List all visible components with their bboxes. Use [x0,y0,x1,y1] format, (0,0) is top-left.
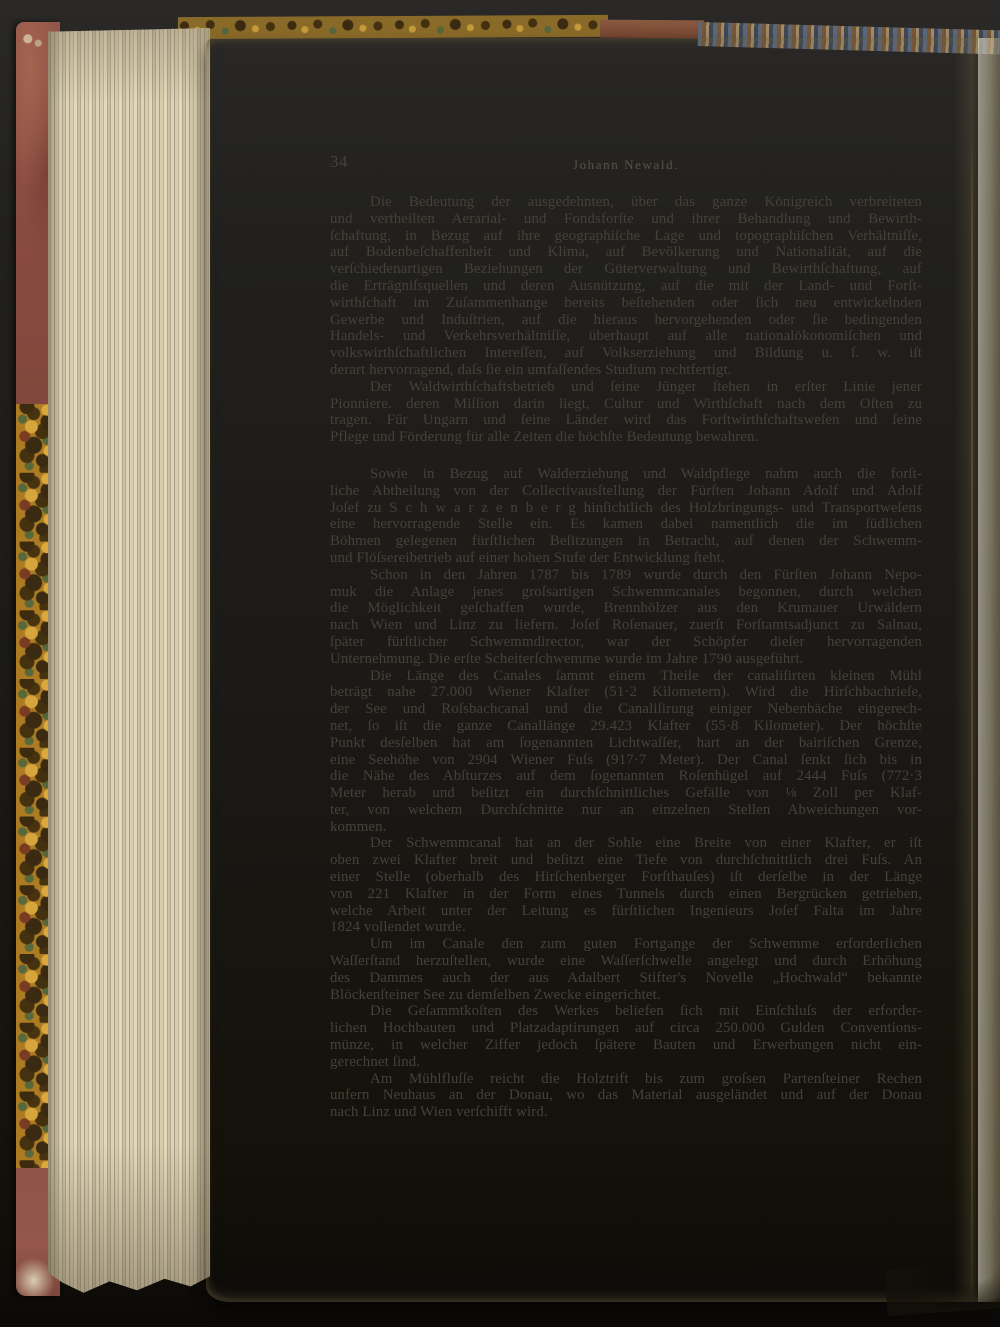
text-line: 1824 vollendet wurde. [330,919,922,936]
text-line: die Erträgniſsquellen und deren Ausnützu… [330,278,922,295]
text-line: nach Wien und Linz zu liefern. Joſef Roſ… [330,617,922,634]
paragraph: Sowie in Bezug auf Walderziehung und Wal… [330,466,922,567]
text-line: Der Waldwirthſchaftsbetrieb und ſeine Jü… [330,379,922,396]
paragraph: Die Bedeutung der ausgedehnten, über das… [330,194,922,379]
text-line: net, ſo iſt die ganze Canallänge 29.423 … [330,718,922,735]
text-line: Die Geſammtkoſten des Werkes beliefen ſi… [330,1003,922,1020]
text-line: der See und Roſsbachcanal und die Canali… [330,701,922,718]
paragraph: Die Länge des Canales ſammt einem Theile… [330,668,922,836]
text-block: Die Bedeutung der ausgedehnten, über das… [330,194,922,1121]
text-line: verſchiedenartigen Beziehungen der Güter… [330,261,922,278]
text-line: beträgt nahe 27.000 Wiener Klafter (51·2… [330,684,922,701]
text-line: auf Bodenbeſchaffenheit und Klima, auf B… [330,244,922,261]
text-line: liche Abtheilung von der Collectivausſte… [330,483,922,500]
corner-shadow [885,1262,1000,1316]
text-line: Meter herab und beſitzt ein durchſchnitt… [330,785,922,802]
paragraph: Der Waldwirthſchaftsbetrieb und ſeine Jü… [330,379,922,446]
text-line: Pflege und Förderung für alle Zeiten die… [330,429,922,446]
text-line: von 221 Klafter in der Form eines Tunnel… [330,886,922,903]
text-line: oben zwei Klafter breit und beſitzt eine… [330,852,922,869]
paragraph: Um im Canale den zum guten Fortgange der… [330,936,922,1003]
paragraph: Schon in den Jahren 1787 bis 1789 wurde … [330,567,922,668]
paragraph: Die Geſammtkoſten des Werkes beliefen ſi… [330,1003,922,1070]
page-header: 34 Johann Newald. [330,150,922,194]
text-line: Gewerbe und Induſtrien, auf die hieraus … [330,312,922,329]
text-line: und vertheilten Aerarial- und Fondsforſt… [330,211,922,228]
text-line: Um im Canale den zum guten Fortgange der… [330,936,922,953]
text-line: wirthſchaft im Zuſammenhange bereits beſ… [330,295,922,312]
text-line: ſpäter fürſtlicher Schwemmdirector, war … [330,634,922,651]
page-edges-stack [48,28,210,1294]
book-page: 34 Johann Newald. Die Bedeutung der ausg… [206,38,1000,1302]
text-line: welche Arbeit unter der Leitung es fürſt… [330,903,922,920]
text-line: Am Mühlfluſſe reicht die Holztrift bis z… [330,1071,922,1088]
top-edge-leather [600,20,704,39]
book-scan-scene: 34 Johann Newald. Die Bedeutung der ausg… [0,0,1000,1327]
paragraph: Am Mühlfluſſe reicht die Holztrift bis z… [330,1071,922,1121]
text-line: Blöckenſteiner See zu demſelben Zwecke e… [330,987,922,1004]
text-line: die Nähe des Abſturzes auf dem ſogenannt… [330,768,922,785]
text-line: nach Linz und Wien verſchifft wird. [330,1104,922,1121]
text-line: eine Seehöhe von 2904 Wiener Fuſs (917·7… [330,752,922,769]
text-line: volkswirthſchaftlichen Intereſſen, auf V… [330,345,922,362]
text-line: einer Stelle (oberhalb des Hirſchenberge… [330,869,922,886]
text-line: Sowie in Bezug auf Walderziehung und Wal… [330,466,922,483]
text-line: lichen Hochbauten und Platzadaptirungen … [330,1020,922,1037]
text-line: Handels- und Verkehrsverhältniſſe, überh… [330,328,922,345]
paragraph: Der Schwemmcanal hat an der Sohle eine B… [330,835,922,936]
text-line: Pionniere. deren Miſſion darin liegt, Cu… [330,396,922,413]
text-line: ter, von welchem Durchſchnitte nur an ei… [330,802,922,819]
text-line: derart hervorragend, daſs ſie ein umfaſſ… [330,362,922,379]
text-line: Waſſerſtand herzuſtellen, wurde eine Waſ… [330,953,922,970]
facing-page-sliver [978,38,1000,1302]
text-line: münze, in welcher Ziffer jedoch ſpätere … [330,1037,922,1054]
gutter-fold-line [971,134,973,1294]
text-line: Die Bedeutung der ausgedehnten, über das… [330,194,922,211]
text-line: Unternehmung. Die erſte Scheiterſchwemme… [330,651,922,668]
top-edge-marbled [178,15,608,39]
text-line: tragen. Für Ungarn und ſeine Länder wird… [330,412,922,429]
text-line: Punkt desſelben hat am ſogenannten Licht… [330,735,922,752]
text-line: Joſef zu S c h w a r z e n b e r g hinſi… [330,500,922,517]
text-line: muk die Anlage jenes groſsartigen Schwem… [330,584,922,601]
text-line: die Möglichkeit geſchaffen wurde, Brennh… [330,600,922,617]
text-line: Die Länge des Canales ſammt einem Theile… [330,668,922,685]
text-line: ſchaftung, in Bezug auf ihre geographiſc… [330,228,922,245]
text-line: des Dammes auch der aus Adalbert Stifter… [330,970,922,987]
printed-content: 34 Johann Newald. Die Bedeutung der ausg… [330,150,922,1121]
text-line: Schon in den Jahren 1787 bis 1789 wurde … [330,567,922,584]
text-line: unfern Neuhaus an der Donau, wo das Mate… [330,1087,922,1104]
text-line: gerechnet ſind. [330,1054,922,1071]
text-line: Böhmen gelegenen fürſtlichen Beſitzungen… [330,533,922,550]
text-line: und Flöſsereibetrieb auf einer hohen Stu… [330,550,922,567]
text-line: kommen. [330,819,922,836]
text-line: Der Schwemmcanal hat an der Sohle eine B… [330,835,922,852]
running-header: Johann Newald. [330,157,922,173]
text-line: eine hervorragende Stelle ein. Es kamen … [330,516,922,533]
gutter-shading [954,38,980,1302]
